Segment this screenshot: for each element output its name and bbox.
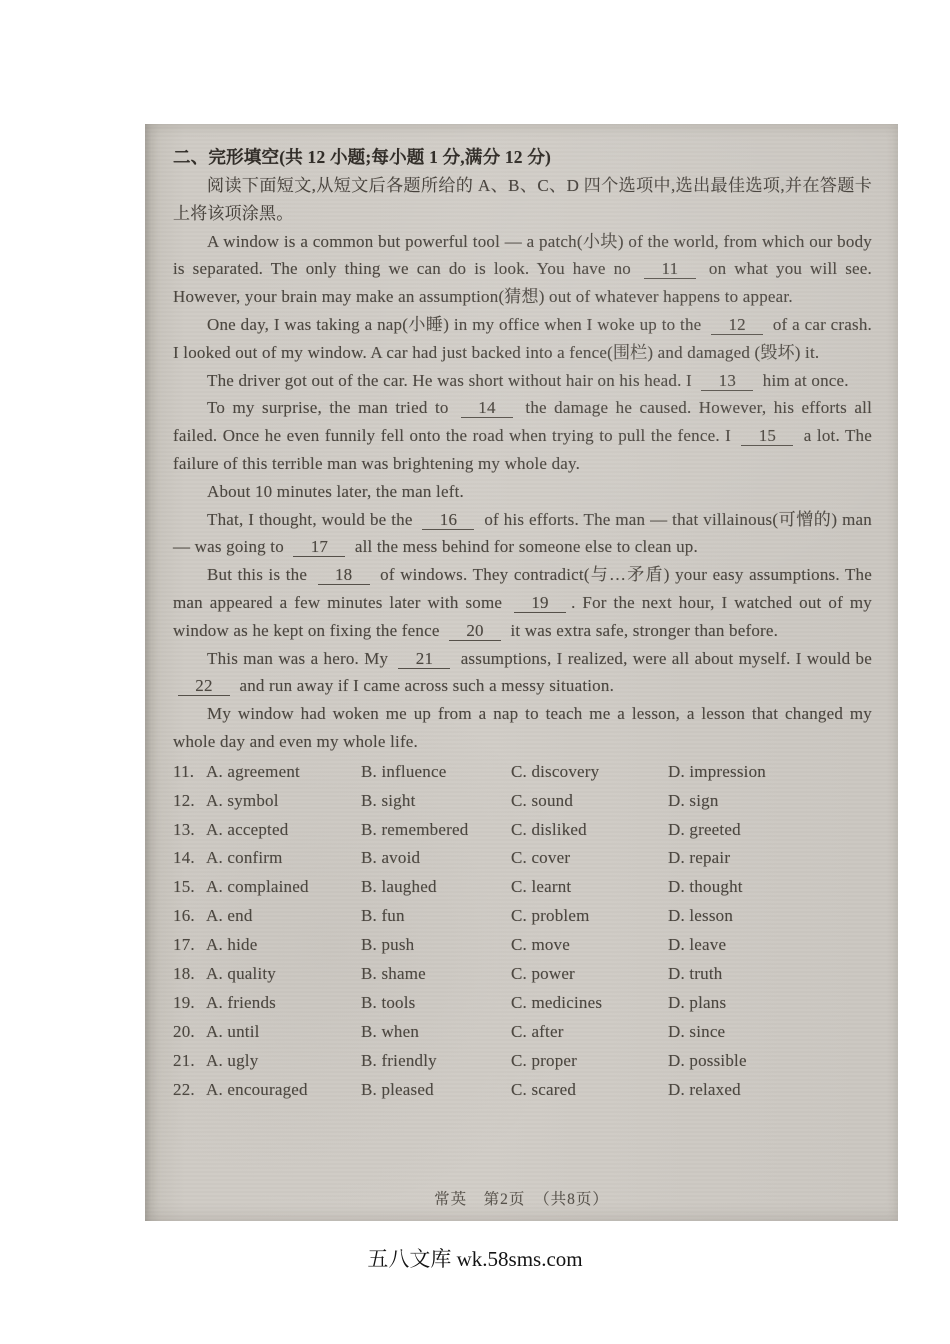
option-B: B. avoid — [361, 844, 511, 873]
question-number: 20. — [173, 1018, 206, 1047]
cloze-blank-16: 16 — [422, 511, 474, 530]
cloze-blank-17: 17 — [293, 538, 345, 557]
option-D: D. sign — [668, 787, 872, 816]
option-A: A. hide — [206, 931, 361, 960]
option-B: B. when — [361, 1018, 511, 1047]
question-number: 21. — [173, 1047, 206, 1076]
option-C: C. disliked — [511, 816, 668, 845]
option-B: B. friendly — [361, 1047, 511, 1076]
option-C: C. medicines — [511, 989, 668, 1018]
section-heading: 二、完形填空(共 12 小题;每小题 1 分,满分 12 分) — [173, 144, 872, 170]
question-row: 16.A. endB. funC. problemD. lesson — [173, 902, 872, 931]
option-C: C. proper — [511, 1047, 668, 1076]
option-C: C. power — [511, 960, 668, 989]
question-number: 14. — [173, 844, 206, 873]
option-D: D. greeted — [668, 816, 872, 845]
option-D: D. truth — [668, 960, 872, 989]
question-number: 13. — [173, 816, 206, 845]
question-number: 18. — [173, 960, 206, 989]
passage-paragraph: But this is the 18 of windows. They cont… — [173, 561, 872, 644]
option-C: C. sound — [511, 787, 668, 816]
cloze-blank-15: 15 — [741, 427, 793, 446]
passage-paragraph: This man was a hero. My 21 assumptions, … — [173, 645, 872, 701]
option-A: A. encouraged — [206, 1076, 361, 1105]
passage-paragraph: The driver got out of the car. He was sh… — [173, 367, 872, 395]
cloze-blank-11: 11 — [644, 260, 696, 279]
option-D: D. since — [668, 1018, 872, 1047]
option-D: D. plans — [668, 989, 872, 1018]
question-number: 16. — [173, 902, 206, 931]
question-row: 12.A. symbolB. sightC. soundD. sign — [173, 787, 872, 816]
cloze-blank-21: 21 — [398, 650, 450, 669]
screenshot-canvas: 二、完形填空(共 12 小题;每小题 1 分,满分 12 分) 阅读下面短文,从… — [0, 0, 950, 1344]
cloze-blank-13: 13 — [701, 372, 753, 391]
option-D: D. possible — [668, 1047, 872, 1076]
question-number: 11. — [173, 758, 206, 787]
option-A: A. friends — [206, 989, 361, 1018]
option-C: C. problem — [511, 902, 668, 931]
option-D: D. relaxed — [668, 1076, 872, 1105]
option-C: C. after — [511, 1018, 668, 1047]
option-B: B. tools — [361, 989, 511, 1018]
option-B: B. influence — [361, 758, 511, 787]
question-row: 14.A. confirmB. avoidC. coverD. repair — [173, 844, 872, 873]
option-D: D. lesson — [668, 902, 872, 931]
cloze-blank-18: 18 — [318, 566, 370, 585]
passage-paragraph: That, I thought, would be the 16 of his … — [173, 506, 872, 562]
options-list: 11.A. agreementB. influenceC. discoveryD… — [173, 758, 872, 1105]
question-row: 13.A. acceptedB. rememberedC. dislikedD.… — [173, 816, 872, 845]
option-A: A. confirm — [206, 844, 361, 873]
option-A: A. quality — [206, 960, 361, 989]
passage-paragraph: To my surprise, the man tried to 14 the … — [173, 394, 872, 477]
passage-paragraph: My window had woken me up from a nap to … — [173, 700, 872, 756]
exam-content: 二、完形填空(共 12 小题;每小题 1 分,满分 12 分) 阅读下面短文,从… — [173, 144, 872, 1105]
question-row: 15.A. complainedB. laughedC. learntD. th… — [173, 873, 872, 902]
page-footer: 常英 第2页 （共8页） — [145, 1187, 898, 1209]
question-row: 22.A. encouragedB. pleasedC. scaredD. re… — [173, 1076, 872, 1105]
cloze-blank-20: 20 — [449, 622, 501, 641]
option-D: D. impression — [668, 758, 872, 787]
question-number: 19. — [173, 989, 206, 1018]
question-row: 17.A. hideB. pushC. moveD. leave — [173, 931, 872, 960]
option-C: C. learnt — [511, 873, 668, 902]
option-B: B. push — [361, 931, 511, 960]
option-D: D. thought — [668, 873, 872, 902]
question-number: 17. — [173, 931, 206, 960]
option-B: B. sight — [361, 787, 511, 816]
question-row: 20.A. untilB. whenC. afterD. since — [173, 1018, 872, 1047]
option-B: B. laughed — [361, 873, 511, 902]
passage-paragraph: A window is a common but powerful tool —… — [173, 228, 872, 311]
option-A: A. agreement — [206, 758, 361, 787]
option-A: A. ugly — [206, 1047, 361, 1076]
question-number: 22. — [173, 1076, 206, 1105]
option-D: D. repair — [668, 844, 872, 873]
cloze-blank-12: 12 — [711, 316, 763, 335]
option-A: A. complained — [206, 873, 361, 902]
option-D: D. leave — [668, 931, 872, 960]
question-row: 11.A. agreementB. influenceC. discoveryD… — [173, 758, 872, 787]
option-B: B. pleased — [361, 1076, 511, 1105]
scanned-exam-sheet: 二、完形填空(共 12 小题;每小题 1 分,满分 12 分) 阅读下面短文,从… — [145, 124, 898, 1221]
passage-paragraph: One day, I was taking a nap(小睡) in my of… — [173, 311, 872, 367]
option-B: B. remembered — [361, 816, 511, 845]
passage: A window is a common but powerful tool —… — [173, 228, 872, 756]
question-row: 19.A. friendsB. toolsC. medicinesD. plan… — [173, 989, 872, 1018]
option-A: A. accepted — [206, 816, 361, 845]
option-B: B. fun — [361, 902, 511, 931]
option-C: C. discovery — [511, 758, 668, 787]
watermark-text: 五八文库 wk.58sms.com — [0, 1243, 950, 1273]
option-C: C. cover — [511, 844, 668, 873]
option-A: A. symbol — [206, 787, 361, 816]
question-row: 18.A. qualityB. shameC. powerD. truth — [173, 960, 872, 989]
cloze-blank-14: 14 — [461, 399, 513, 418]
option-C: C. move — [511, 931, 668, 960]
option-A: A. end — [206, 902, 361, 931]
question-number: 15. — [173, 873, 206, 902]
option-C: C. scared — [511, 1076, 668, 1105]
cloze-blank-22: 22 — [178, 677, 230, 696]
passage-paragraph: About 10 minutes later, the man left. — [173, 478, 872, 506]
option-B: B. shame — [361, 960, 511, 989]
question-number: 12. — [173, 787, 206, 816]
instructions-text: 阅读下面短文,从短文后各题所给的 A、B、C、D 四个选项中,选出最佳选项,并在… — [173, 172, 872, 228]
question-row: 21.A. uglyB. friendlyC. properD. possibl… — [173, 1047, 872, 1076]
cloze-blank-19: 19 — [514, 594, 566, 613]
option-A: A. until — [206, 1018, 361, 1047]
